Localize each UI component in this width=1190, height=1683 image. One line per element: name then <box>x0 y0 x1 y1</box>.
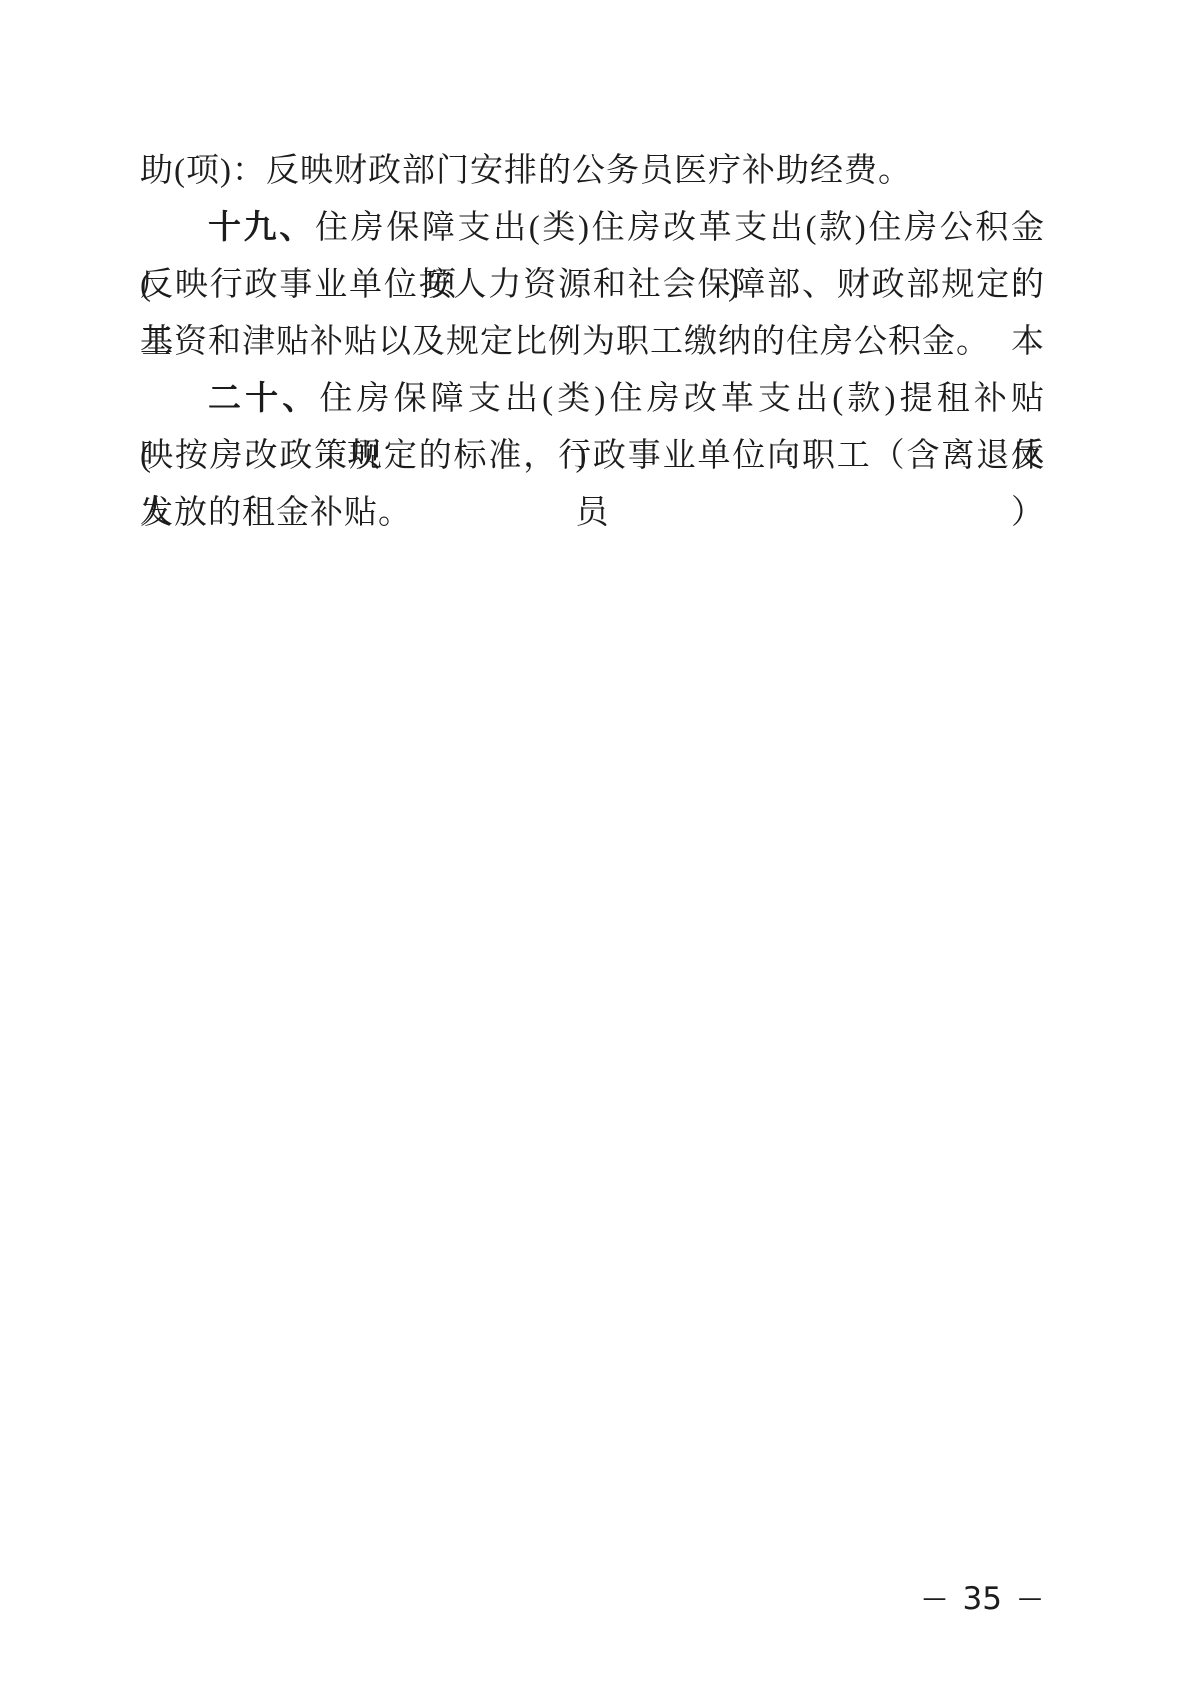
text-line: 映按房改政策规定的标准，行政事业单位向职工（含离退休人员） <box>140 428 1045 485</box>
page-footer: — 35 — <box>923 1584 1042 1615</box>
text-line: 助(项)：反映财政部门安排的公务员医疗补助经费。 <box>140 143 1045 200</box>
text-line: 十九、住房保障支出(类)住房改革支出(款)住房公积金(项)： <box>140 200 1045 257</box>
section-number: 十九、 <box>208 210 315 246</box>
text-line-content: 工资和津贴补贴以及规定比例为职工缴纳的住房公积金。 <box>140 324 990 360</box>
document-page: 助(项)：反映财政部门安排的公务员医疗补助经费。 十九、住房保障支出(类)住房改… <box>0 0 1190 1683</box>
page-number: 35 <box>963 1584 1002 1615</box>
footer-dash-right: — <box>1018 1586 1042 1610</box>
text-line: 二十、住房保障支出(类)住房改革支出(款)提租补贴(项)：反 <box>140 371 1045 428</box>
text-line: 工资和津贴补贴以及规定比例为职工缴纳的住房公积金。 <box>140 314 1045 371</box>
text-line-content: 发放的租金补贴。 <box>140 495 412 531</box>
body-text-block: 助(项)：反映财政部门安排的公务员医疗补助经费。 十九、住房保障支出(类)住房改… <box>140 143 1045 542</box>
text-line-content: 助(项)：反映财政部门安排的公务员医疗补助经费。 <box>140 153 912 189</box>
text-line: 反映行政事业单位按人力资源和社会保障部、财政部规定的基本 <box>140 257 1045 314</box>
footer-dash-left: — <box>923 1586 947 1610</box>
section-number: 二十、 <box>208 381 319 417</box>
